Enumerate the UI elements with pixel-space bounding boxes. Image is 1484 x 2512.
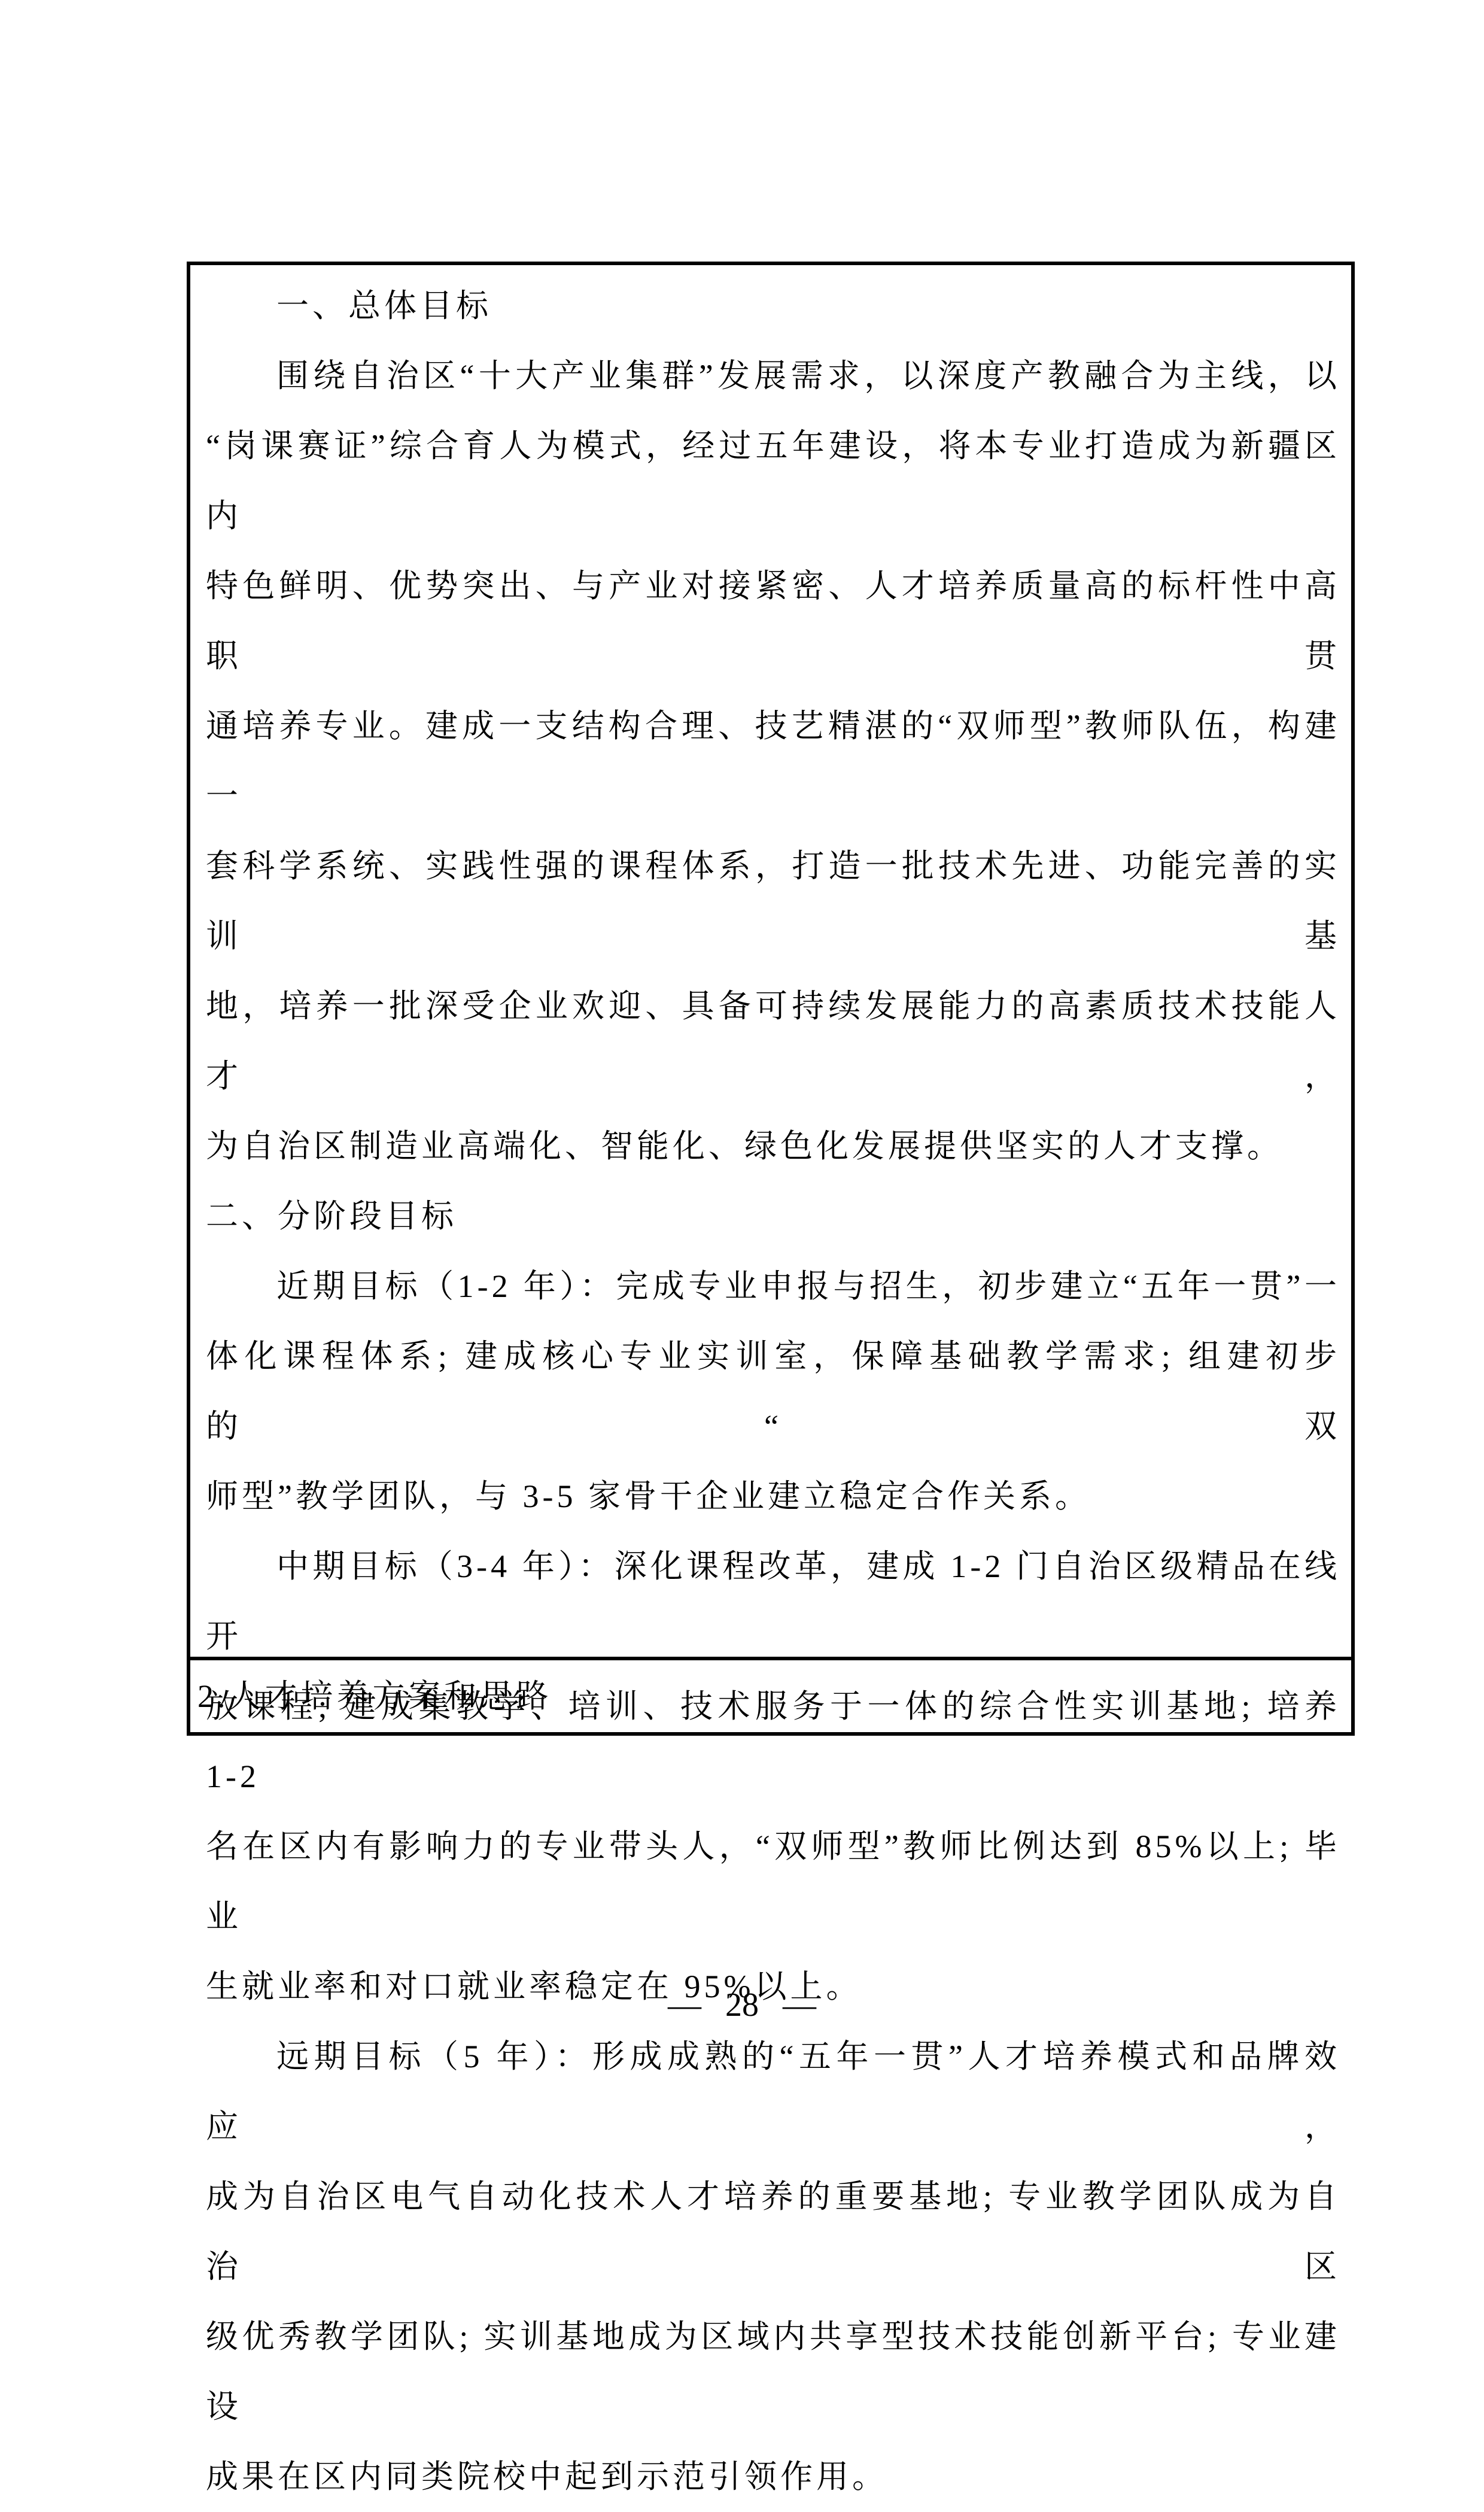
paragraph-line: 特色鲜明、优势突出、与产业对接紧密、人才培养质量高的标杆性中高职贯 xyxy=(206,551,1340,691)
paragraph-line: 成果在区内同类院校中起到示范引领作用。 xyxy=(206,2442,1340,2512)
paragraph-line: 中期目标（3-4 年）：深化课程改革，建成 1-2 门自治区级精品在线开 xyxy=(206,1532,1340,1672)
page-number: — 28 — xyxy=(0,1981,1484,2029)
document-page: 一、总体目标 围绕自治区“十大产业集群”发展需求，以深度产教融合为主线，以 “岗… xyxy=(0,0,1484,2099)
section-heading-phased-goal: 二、分阶段目标 xyxy=(206,1181,1340,1252)
paragraph-line: 体化课程体系; 建成核心专业实训室，保障基础教学需求; 组建初步的“双 xyxy=(206,1322,1340,1462)
paragraph-line: 为自治区制造业高端化、智能化、绿色化发展提供坚实的人才支撑。 xyxy=(206,1111,1340,1181)
paragraph-line: 师型”教学团队，与 3-5 家骨干企业建立稳定合作关系。 xyxy=(206,1462,1340,1532)
document-table: 一、总体目标 围绕自治区“十大产业集群”发展需求，以深度产教融合为主线，以 “岗… xyxy=(187,262,1355,1736)
table-cell-goals: 一、总体目标 围绕自治区“十大产业集群”发展需求，以深度产教融合为主线，以 “岗… xyxy=(190,265,1351,1660)
paragraph-line: 近期目标（1-2 年）：完成专业申报与招生，初步建立“五年一贯”一 xyxy=(206,1252,1340,1322)
paragraph-line: 远期目标（5 年）：形成成熟的“五年一贯”人才培养模式和品牌效应， xyxy=(206,2022,1340,2162)
paragraph-line: 名在区内有影响力的专业带头人，“双师型”教师比例达到 85%以上; 毕业 xyxy=(206,1812,1340,1952)
paragraph-line: 级优秀教学团队; 实训基地成为区域内共享型技术技能创新平台; 专业建设 xyxy=(206,2302,1340,2442)
paragraph-line: 套科学系统、实践性强的课程体系，打造一批技术先进、功能完善的实训基 xyxy=(206,831,1340,971)
paragraph-line: 地，培养一批深受企业欢迎、具备可持续发展能力的高素质技术技能人才， xyxy=(206,971,1340,1111)
section-heading-overall-goal: 一、总体目标 xyxy=(206,271,1340,341)
paragraph-line: 成为自治区电气自动化技术人才培养的重要基地; 专业教学团队成为自治区 xyxy=(206,2162,1340,2302)
paragraph-line: 通培养专业。建成一支结构合理、技艺精湛的“双师型”教师队伍，构建一 xyxy=(206,691,1340,831)
paragraph-line: “岗课赛证”综合育人为模式，经过五年建设，将本专业打造成为新疆区内 xyxy=(206,411,1340,551)
paragraph-line: 围绕自治区“十大产业集群”发展需求，以深度产教融合为主线，以 xyxy=(206,341,1340,411)
